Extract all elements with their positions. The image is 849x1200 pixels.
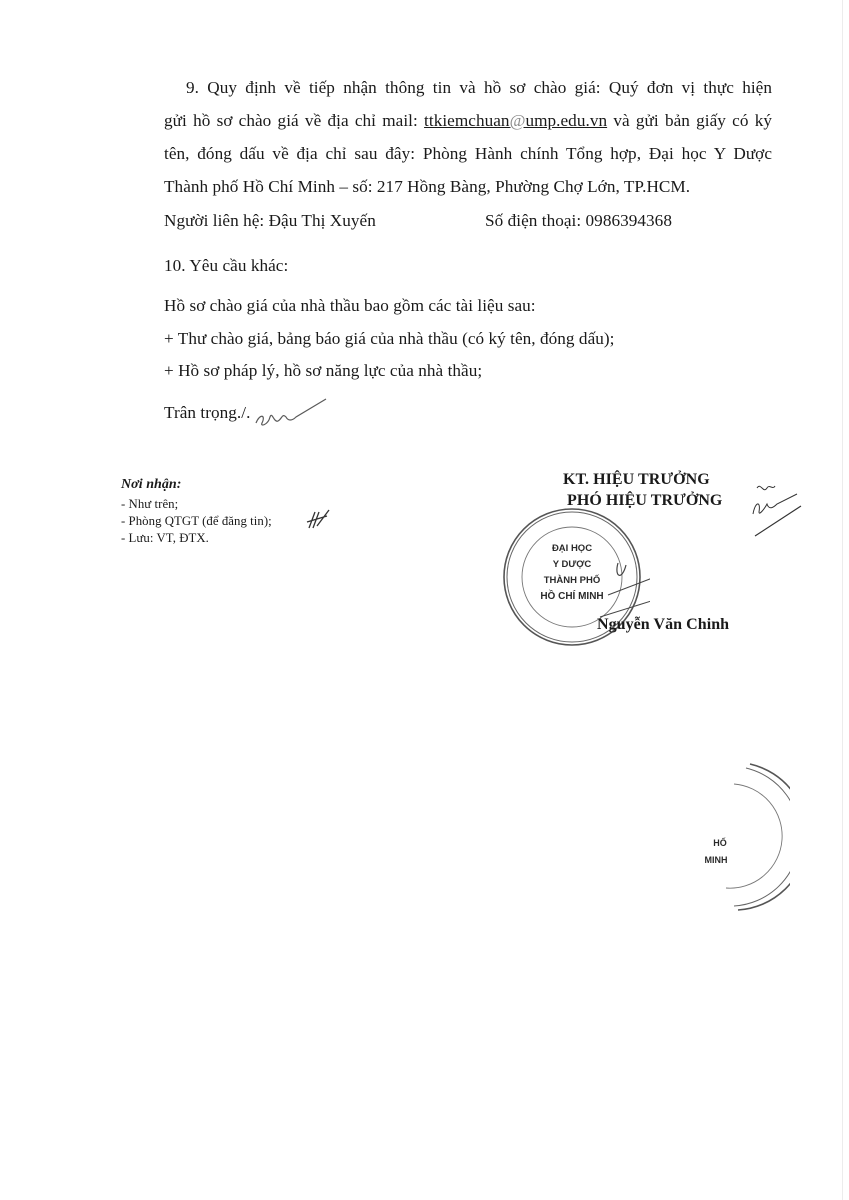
partial-seam-stamp: HỐ MINH	[690, 760, 790, 920]
initials-scribble	[252, 395, 332, 431]
signature-title-1: KT. HIỆU TRƯỞNG	[563, 471, 710, 489]
stamp-line-4: HỒ CHÍ MINH	[540, 589, 603, 602]
contact-person: Người liên hệ: Đậu Thị Xuyến	[164, 211, 376, 231]
recipient-item-2: - Phòng QTGT (để đăng tin);	[121, 514, 272, 529]
email-user: ttkiemchuan	[424, 111, 510, 130]
section10-title: 10. Yêu cầu khác:	[164, 256, 288, 276]
signature-name: Nguyễn Văn Chinh	[597, 616, 729, 634]
section9-line4: Thành phố Hồ Chí Minh – số: 217 Hồng Bàn…	[164, 177, 690, 197]
section10-item-2: + Hồ sơ pháp lý, hồ sơ năng lực của nhà …	[164, 361, 482, 381]
recipient-item-3: - Lưu: VT, ĐTX.	[121, 531, 209, 546]
stamp-line-1: ĐẠI HỌC	[552, 543, 592, 554]
recipient-scribble	[305, 508, 331, 530]
stamp-line-2: Y DƯỢC	[553, 559, 592, 570]
section10-intro: Hồ sơ chào giá của nhà thầu bao gồm các …	[164, 296, 536, 316]
email-link[interactable]: ttkiemchuan@ump.edu.vn	[424, 111, 607, 130]
closing: Trân trọng./.	[164, 403, 250, 423]
email-at: @	[510, 111, 526, 130]
section9-line1: 9. Quy định về tiếp nhận thông tin và hồ…	[186, 78, 772, 98]
contact-phone: Số điện thoại: 0986394368	[485, 211, 672, 231]
section9-line2: gửi hồ sơ chào giá về địa chỉ mail: ttki…	[164, 111, 772, 131]
stamp-line-3: THÀNH PHỐ	[544, 574, 600, 586]
partial-stamp-line-1: HỐ	[713, 837, 727, 848]
recipient-item-1: - Như trên;	[121, 497, 178, 512]
partial-stamp-line-2: MINH	[705, 855, 728, 865]
signature-title-scribble	[745, 478, 805, 538]
section10-item-1: + Thư chào giá, bảng báo giá của nhà thầ…	[164, 329, 615, 349]
page-edge	[842, 0, 843, 1200]
recipients-title: Nơi nhận:	[121, 477, 181, 493]
section9-line3: tên, đóng dấu về địa chỉ sau đây: Phòng …	[164, 144, 772, 164]
email-domain: ump.edu.vn	[525, 111, 607, 130]
section9-line2-after: và gửi bản giấy có ký	[607, 111, 772, 130]
section9-line2-before: gửi hồ sơ chào giá về địa chỉ mail:	[164, 111, 424, 130]
